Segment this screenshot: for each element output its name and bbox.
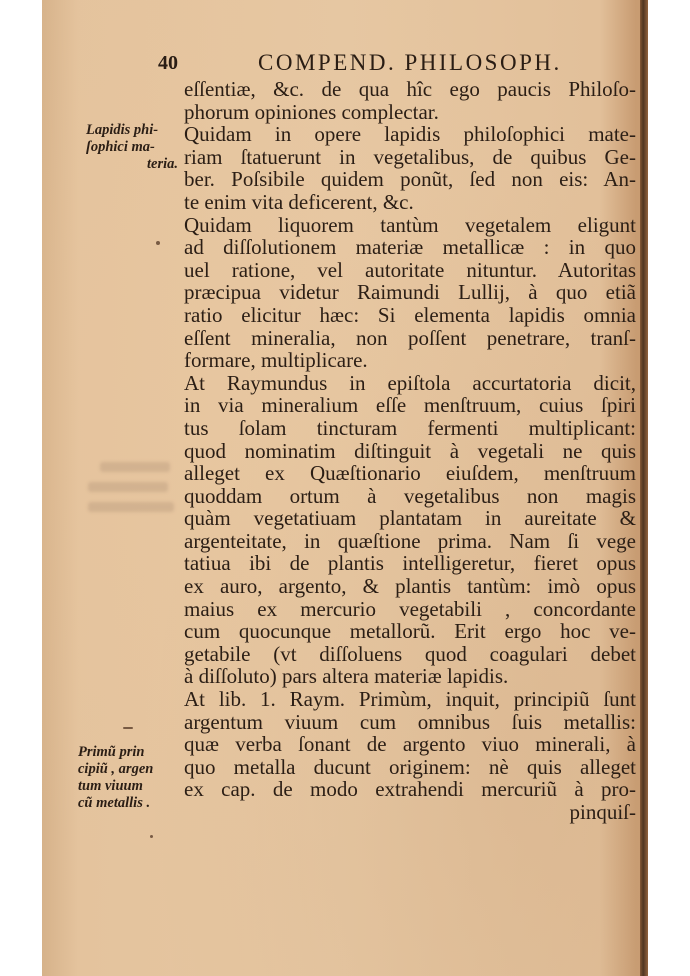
text-line: quoddam ortum à vegetalibus non magis [184, 485, 636, 508]
ink-speck [156, 241, 160, 245]
text-line: argentum viuum cum omnibus ſuis metallis… [184, 711, 636, 734]
running-head: 40 COMPEND. PHILOSOPH. [158, 50, 628, 76]
text-line: præcipua videtur Raimundi Lullij, à quo … [184, 281, 636, 304]
page-edge-shadow [640, 0, 648, 976]
bleed-through-mark [88, 482, 168, 492]
text-line: getabile (vt diſſoluens quod coagulari d… [184, 643, 636, 666]
text-line: eſſent mineralia, non poſſent penetrare,… [184, 327, 636, 350]
marginal-line: Primũ prin [78, 744, 178, 761]
marginal-line: teria. [86, 156, 178, 173]
text-line: ber. Poſsibile quidem ponũt, ſed non eis… [184, 168, 636, 191]
text-line: ex auro, argento, & plantis tantùm: imò … [184, 575, 636, 598]
marginal-line: cipiũ , argen [78, 761, 178, 778]
marginal-line: cũ metallis . [78, 795, 178, 812]
bleed-through-mark [100, 462, 170, 472]
text-line: quàm vegetatiuam plantatam in aureitate … [184, 507, 636, 530]
text-line: quæ verba ſonant de argento viuo mineral… [184, 733, 636, 756]
text-line: argenteitate, in quæſtione prima. Nam ſi… [184, 530, 636, 553]
text-line: in via mineralium eſſe menſtruum, cuius … [184, 394, 636, 417]
text-line: At lib. 1. Raym. Primùm, inquit, princip… [184, 688, 636, 711]
text-line: quod nominatim diſtinguit à vegetali ne … [184, 440, 636, 463]
marginal-note-primum: Primũ prin cipiũ , argen tum viuum cũ me… [78, 744, 178, 812]
text-line: riam ſtatuerunt in vegetalibus, de quibu… [184, 146, 636, 169]
text-line: uel ratione, vel autoritate nituntur. Au… [184, 259, 636, 282]
text-line: tatiua ibi de plantis intelligeretur, fi… [184, 552, 636, 575]
text-line: eſſentiæ, &c. de qua hîc ego paucis Phil… [184, 78, 636, 101]
ink-speck [150, 835, 153, 838]
text-line: tus ſolam tincturam fermenti multiplican… [184, 417, 636, 440]
text-line: Quidam liquorem tantùm vegetalem eligunt [184, 214, 636, 237]
marginal-line: ſophici ma- [86, 139, 178, 156]
catchword: pinquiſ- [184, 801, 636, 824]
ink-speck [123, 727, 133, 729]
text-line: cum quocunque metallorũ. Erit ergo hoc v… [184, 620, 636, 643]
text-line: formare, multiplicare. [184, 349, 636, 372]
text-line: te enim vita deficerent, &c. [184, 191, 636, 214]
text-line: ex cap. de modo extrahendi mercuriũ à pr… [184, 778, 636, 801]
marginal-note-lapidis: Lapidis phi- ſophici ma- teria. [86, 122, 178, 173]
marginal-line: tum viuum [78, 778, 178, 795]
text-line: ratio elicitur hæc: Si elementa lapidis … [184, 304, 636, 327]
running-head-title: COMPEND. PHILOSOPH. [258, 50, 562, 76]
text-line: alleget ex Quæſtionario eiuſdem, menſtru… [184, 462, 636, 485]
body-text: eſſentiæ, &c. de qua hîc ego paucis Phil… [184, 78, 636, 824]
page-number: 40 [158, 52, 178, 75]
text-line: phorum opiniones complectar. [184, 101, 636, 124]
marginal-line: Lapidis phi- [86, 122, 178, 139]
text-line: maius ex mercurio vegetabili , concordan… [184, 598, 636, 621]
text-line: Quidam in opere lapidis philoſophici mat… [184, 123, 636, 146]
text-line: quo metalla ducunt originem: nè quis all… [184, 756, 636, 779]
text-line: ad diſſolutionem materiæ metallicæ : in … [184, 236, 636, 259]
text-line: à diſſoluto) pars altera materiæ lapidis… [184, 665, 636, 688]
bleed-through-mark [88, 502, 174, 512]
text-line: At Raymundus in epiſtola accurtatoria di… [184, 372, 636, 395]
